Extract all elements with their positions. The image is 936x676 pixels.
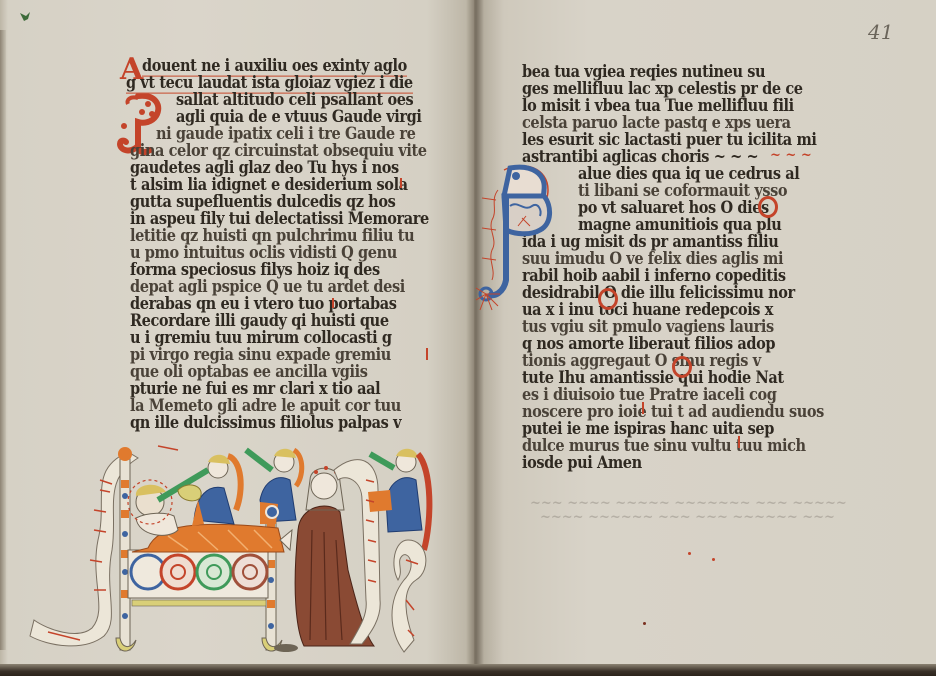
show-through-text: ~~~ ~~~~ ~~~~~ ~~~~~~~ ~~~ ~~~~~ xyxy=(530,496,847,511)
rubric-stroke xyxy=(400,178,402,188)
rubric-flourish: ~ ~ ~ xyxy=(770,148,812,163)
red-o-initial xyxy=(758,196,778,218)
rubric-stroke xyxy=(642,402,644,414)
book-gutter xyxy=(466,0,484,668)
rubric-stroke xyxy=(738,436,740,448)
manuscript-spread: 41 A douent ne i auxiliu oes exinty aglo… xyxy=(0,0,936,676)
pigment-speck xyxy=(688,552,691,555)
red-o-initial xyxy=(598,288,618,310)
initial-s-icon xyxy=(474,160,564,320)
red-o-initial xyxy=(672,356,692,378)
rubric-stroke xyxy=(332,298,334,308)
green-mark-icon xyxy=(18,10,32,22)
right-text-block: bea tua vgiea reqies nutineu su ges mell… xyxy=(522,62,832,502)
pigment-speck xyxy=(712,558,715,561)
nativity-illustration xyxy=(28,440,448,665)
text-line: iosde pui Amen xyxy=(522,453,642,473)
folio-number: 41 xyxy=(868,20,893,44)
binding-bottom-edge xyxy=(0,664,936,676)
pigment-speck xyxy=(643,622,646,625)
rubric-stroke xyxy=(426,348,428,360)
show-through-text: ~~~~ ~~~~~~ ~~~ ~~~ ~~~~~~ ~~~ xyxy=(540,510,835,525)
left-page-edge xyxy=(0,30,6,650)
left-text-block: A douent ne i auxiliu oes exinty aglo g … xyxy=(130,56,430,456)
text-line: qn ille dulcissimus filiolus palpas v xyxy=(130,413,401,433)
initial-s-letter: S xyxy=(530,164,531,165)
